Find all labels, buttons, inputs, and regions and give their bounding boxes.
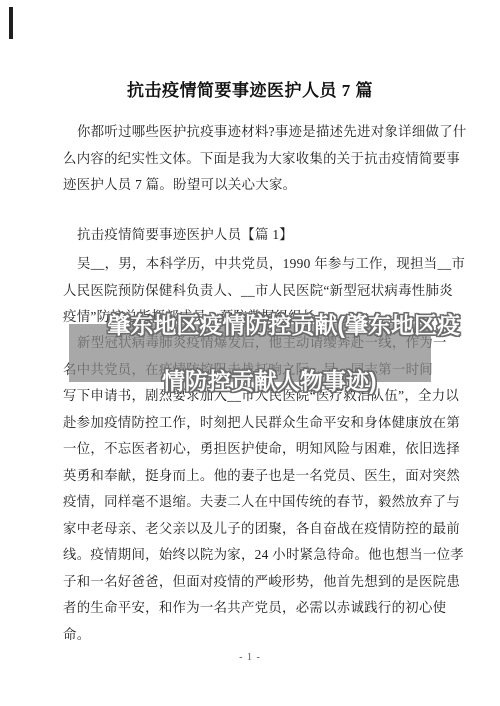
page-corner-mark (9, 7, 13, 39)
document-page: 抗击疫情简要事迹医护人员 7 篇 你都听过哪些医护抗疫事迹材料?事迹是描述先进对… (0, 0, 500, 706)
page-number: - 1 - (0, 652, 500, 663)
watermark-overlay: 肇东地区疫情防控贡献(肇东地区疫 情防控贡献人物事迹) (69, 324, 431, 382)
watermark-line-2: 情防控贡献人物事迹) (162, 368, 377, 394)
watermark-title: 肇东地区疫情防控贡献(肇东地区疫 情防控贡献人物事迹) (69, 283, 431, 423)
watermark-line-1: 肇东地区疫情防控贡献(肇东地区疫 (107, 312, 460, 338)
section-heading: 抗击疫情简要事迹医护人员【篇 1】 (63, 222, 445, 249)
intro-paragraph: 你都听过哪些医护抗疫事迹材料?事迹是描述先进对象详细做了什 么内容的纪实性文体。… (63, 119, 445, 199)
document-title: 抗击疫情简要事迹医护人员 7 篇 (0, 76, 500, 101)
